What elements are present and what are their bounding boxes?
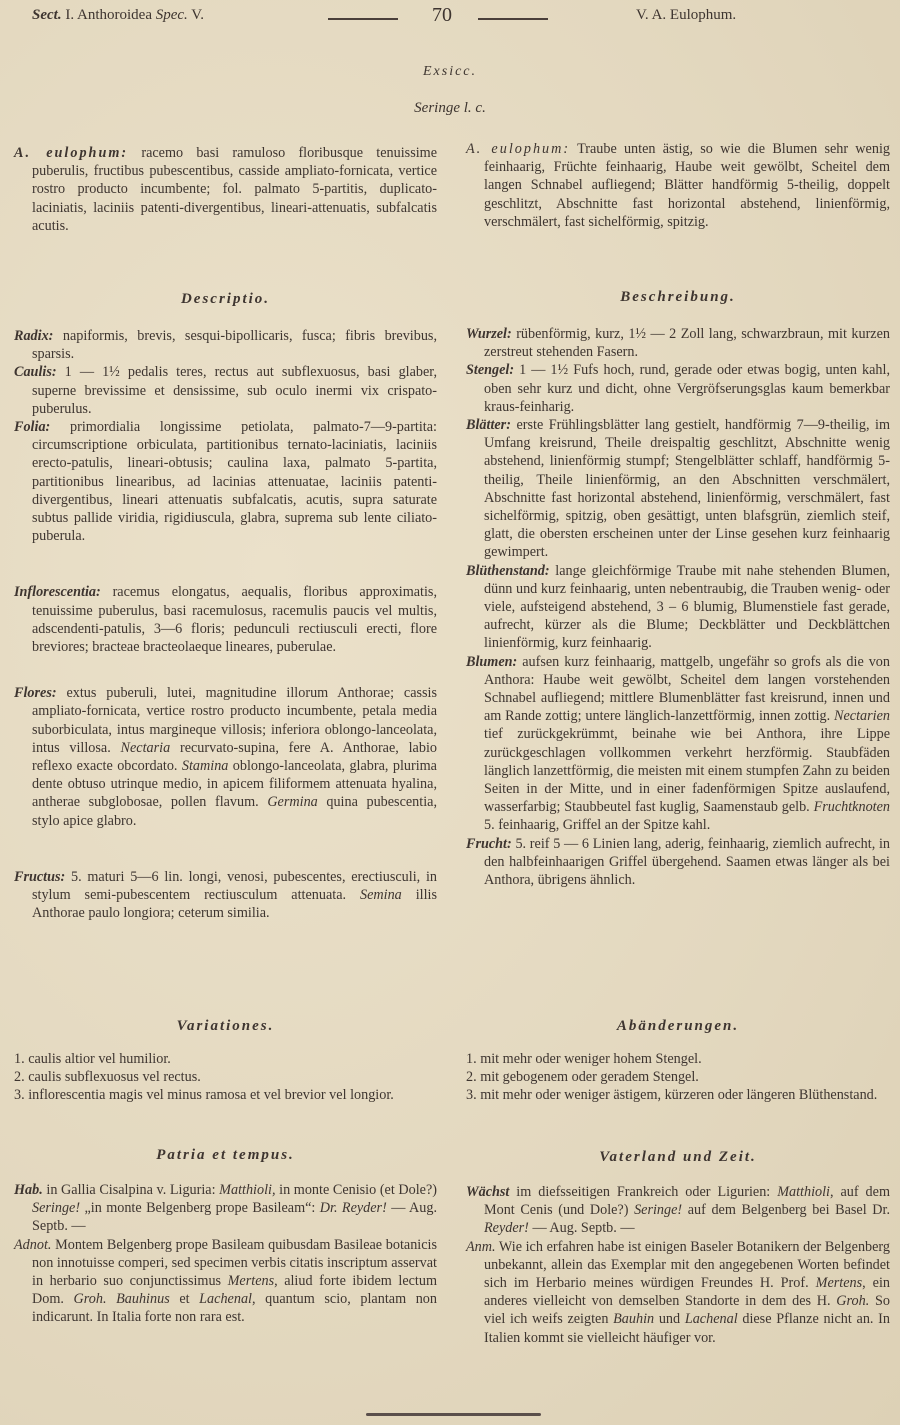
header-spec-num: V. xyxy=(188,7,204,23)
desc-label: Flores: xyxy=(14,685,57,701)
desc-text: erste Frühlingsblätter lang gestielt, ha… xyxy=(484,417,890,560)
habitat-label: Wächst xyxy=(466,1184,509,1200)
desc-label: Stengel: xyxy=(466,362,514,378)
exsicc-title: Exsicc. xyxy=(0,64,900,80)
desc-wurzel: Wurzel: rübenförmig, kurz, 1½ — 2 Zoll l… xyxy=(466,325,890,361)
header-rule-left xyxy=(328,18,398,20)
habitat-text: im diefsseitigen Frankreich oder Ligurie… xyxy=(509,1184,777,1200)
desc-text: 5. feinhaarig, Griffel an der Spitze kah… xyxy=(484,817,710,833)
diagnosis-latin: A. eulophum: racemo basi ramuloso florib… xyxy=(14,144,437,235)
heading-variationes: Variationes. xyxy=(14,1017,437,1035)
header-section-title: Sect. I. Anthoroidea Spec. V. xyxy=(32,7,204,24)
habitat-author: Dr. Reyder! xyxy=(320,1200,387,1216)
desc-label: Blätter: xyxy=(466,417,511,433)
desc-text: 1 — 1½ Fufs hoch, rund, gerade oder etwa… xyxy=(484,362,890,414)
desc-fructus: Fructus: 5. maturi 5—6 lin. longi, venos… xyxy=(14,868,437,923)
habitat-text: — Aug. Septb. — xyxy=(529,1220,635,1236)
desc-label: Blumen: xyxy=(466,654,517,670)
diagnosis-german: A. eulophum: Traube unten ästig, so wie … xyxy=(466,140,890,231)
species-label: A. eulophum: xyxy=(466,141,570,157)
heading-vaterland: Vaterland und Zeit. xyxy=(466,1148,890,1166)
heading-abaenderungen: Abänderungen. xyxy=(466,1017,890,1035)
footer-rule xyxy=(366,1413,541,1416)
habitat-text: auf dem Belgenberg bei Basel Dr. xyxy=(682,1202,890,1218)
desc-term: Nectaria xyxy=(121,740,171,756)
habitat-author: Seringe! xyxy=(634,1202,682,1218)
exsicc-reference: Seringe l. c. xyxy=(0,100,900,117)
habitat-author: Lachenal xyxy=(685,1311,738,1327)
habitat-adnot: Adnot. Montem Belgenberg prope Basileam … xyxy=(14,1236,437,1327)
habitat-author: Lachenal xyxy=(199,1291,252,1307)
desc-text: 1 — 1½ pedalis teres, rectus aut subflex… xyxy=(32,364,437,416)
heading-descriptio: Descriptio. xyxy=(14,290,437,308)
habitat-german: Wächst im diefsseitigen Frankreich oder … xyxy=(466,1183,890,1347)
desc-label: Folia: xyxy=(14,419,50,435)
desc-label: Inflorescentia: xyxy=(14,584,101,600)
habitat-label: Adnot. xyxy=(14,1237,51,1253)
header-spec: Spec. xyxy=(156,7,188,23)
desc-inflorescentia: Inflorescentia: racemus elongatus, aequa… xyxy=(14,583,437,656)
header-sect: Sect. xyxy=(32,7,62,23)
desc-term: Stamina xyxy=(182,758,229,774)
running-header: Sect. I. Anthoroidea Spec. V. 70 V. A. E… xyxy=(0,4,900,28)
desc-blaetter: Blätter: erste Frühlingsblätter lang ges… xyxy=(466,416,890,562)
desc-flores: Flores: extus puberuli, lutei, magnitudi… xyxy=(14,684,437,830)
header-group: I. Anthoroidea xyxy=(62,7,156,23)
desc-label: Caulis: xyxy=(14,364,57,380)
habitat-latin: Hab. in Gallia Cisalpina v. Liguria: Mat… xyxy=(14,1181,437,1327)
habitat-author: Matthioli xyxy=(777,1184,830,1200)
book-page: Sect. I. Anthoroidea Spec. V. 70 V. A. E… xyxy=(0,0,900,1425)
description-german: Wurzel: rübenförmig, kurz, 1½ — 2 Zoll l… xyxy=(466,325,890,889)
habitat-text: in monte Cenisio (et Dole?) xyxy=(276,1182,437,1198)
habitat-author: Matthioli, xyxy=(219,1182,275,1198)
description-latin: Radix: napiformis, brevis, sesqui-bipoll… xyxy=(14,327,437,922)
desc-term: Germina xyxy=(267,794,317,810)
desc-stengel: Stengel: 1 — 1½ Fufs hoch, rund, gerade … xyxy=(466,361,890,416)
habitat-author: Mertens xyxy=(816,1275,863,1291)
desc-term: Nectarien xyxy=(834,708,890,724)
desc-label: Wurzel: xyxy=(466,326,512,342)
desc-label: Fructus: xyxy=(14,869,65,885)
habitat-text: und xyxy=(654,1311,685,1327)
variation-item: 3. inflorescentia magis vel minus ramosa… xyxy=(14,1086,437,1104)
desc-term: Semina xyxy=(360,887,402,903)
habitat-author: Groh. Bauhinus xyxy=(74,1291,170,1307)
habitat-text: in Gallia Cisalpina v. Liguria: xyxy=(43,1182,219,1198)
desc-bluethenstand: Blüthenstand: lange gleichförmige Traube… xyxy=(466,562,890,653)
desc-blumen: Blumen: aufsen kurz feinhaarig, mattgelb… xyxy=(466,653,890,835)
variation-item: 1. mit mehr oder weniger hohem Stengel. xyxy=(466,1050,890,1068)
habitat-label: Hab. xyxy=(14,1182,43,1198)
habitat-label: Anm. xyxy=(466,1239,496,1255)
species-label: A. eulophum: xyxy=(14,145,128,161)
habitat-author: Reyder! xyxy=(484,1220,529,1236)
desc-radix: Radix: napiformis, brevis, sesqui-bipoll… xyxy=(14,327,437,363)
desc-label: Blüthenstand: xyxy=(466,563,550,579)
variations-german: 1. mit mehr oder weniger hohem Stengel. … xyxy=(466,1050,890,1105)
habitat-author: Mertens xyxy=(228,1273,275,1289)
habitat-author: Groh. xyxy=(836,1293,869,1309)
desc-text: rübenförmig, kurz, 1½ — 2 Zoll lang, sch… xyxy=(484,326,890,360)
habitat-text: „in monte Belgenberg prope Basileam“: xyxy=(80,1200,320,1216)
desc-text: napiformis, brevis, sesqui-bipollicaris,… xyxy=(32,328,437,362)
desc-term: Fruchtknoten xyxy=(814,799,890,815)
habitat-anm: Anm. Wie ich erfahren habe ist einigen B… xyxy=(466,1238,890,1347)
desc-text: primordialia longissime petiolata, palma… xyxy=(32,419,437,544)
habitat-author: Bauhin xyxy=(613,1311,654,1327)
desc-label: Radix: xyxy=(14,328,53,344)
page-number: 70 xyxy=(432,4,452,27)
variation-item: 2. mit gebogenem oder geradem Stengel. xyxy=(466,1068,890,1086)
variations-latin: 1. caulis altior vel humilior. 2. caulis… xyxy=(14,1050,437,1105)
header-species: V. A. Eulophum. xyxy=(636,7,736,24)
habitat-waechst: Wächst im diefsseitigen Frankreich oder … xyxy=(466,1183,890,1238)
habitat-hab: Hab. in Gallia Cisalpina v. Liguria: Mat… xyxy=(14,1181,437,1236)
variation-item: 2. caulis subflexuosus vel rectus. xyxy=(14,1068,437,1086)
desc-folia: Folia: primordialia longissime petiolata… xyxy=(14,418,437,545)
desc-text: 5. reif 5 — 6 Linien lang, aderig, feinh… xyxy=(484,836,890,888)
variation-item: 3. mit mehr oder weniger ästigem, kürzer… xyxy=(466,1086,890,1104)
variation-item: 1. caulis altior vel humilior. xyxy=(14,1050,437,1068)
desc-label: Frucht: xyxy=(466,836,512,852)
habitat-author: Seringe! xyxy=(32,1200,80,1216)
header-rule-right xyxy=(478,18,548,20)
desc-caulis: Caulis: 1 — 1½ pedalis teres, rectus aut… xyxy=(14,363,437,418)
desc-frucht: Frucht: 5. reif 5 — 6 Linien lang, aderi… xyxy=(466,835,890,890)
desc-text: aufsen kurz feinhaarig, mattgelb, ungefä… xyxy=(484,654,890,725)
heading-beschreibung: Beschreibung. xyxy=(466,288,890,306)
habitat-text: et xyxy=(170,1291,199,1307)
heading-patria: Patria et tempus. xyxy=(14,1146,437,1164)
